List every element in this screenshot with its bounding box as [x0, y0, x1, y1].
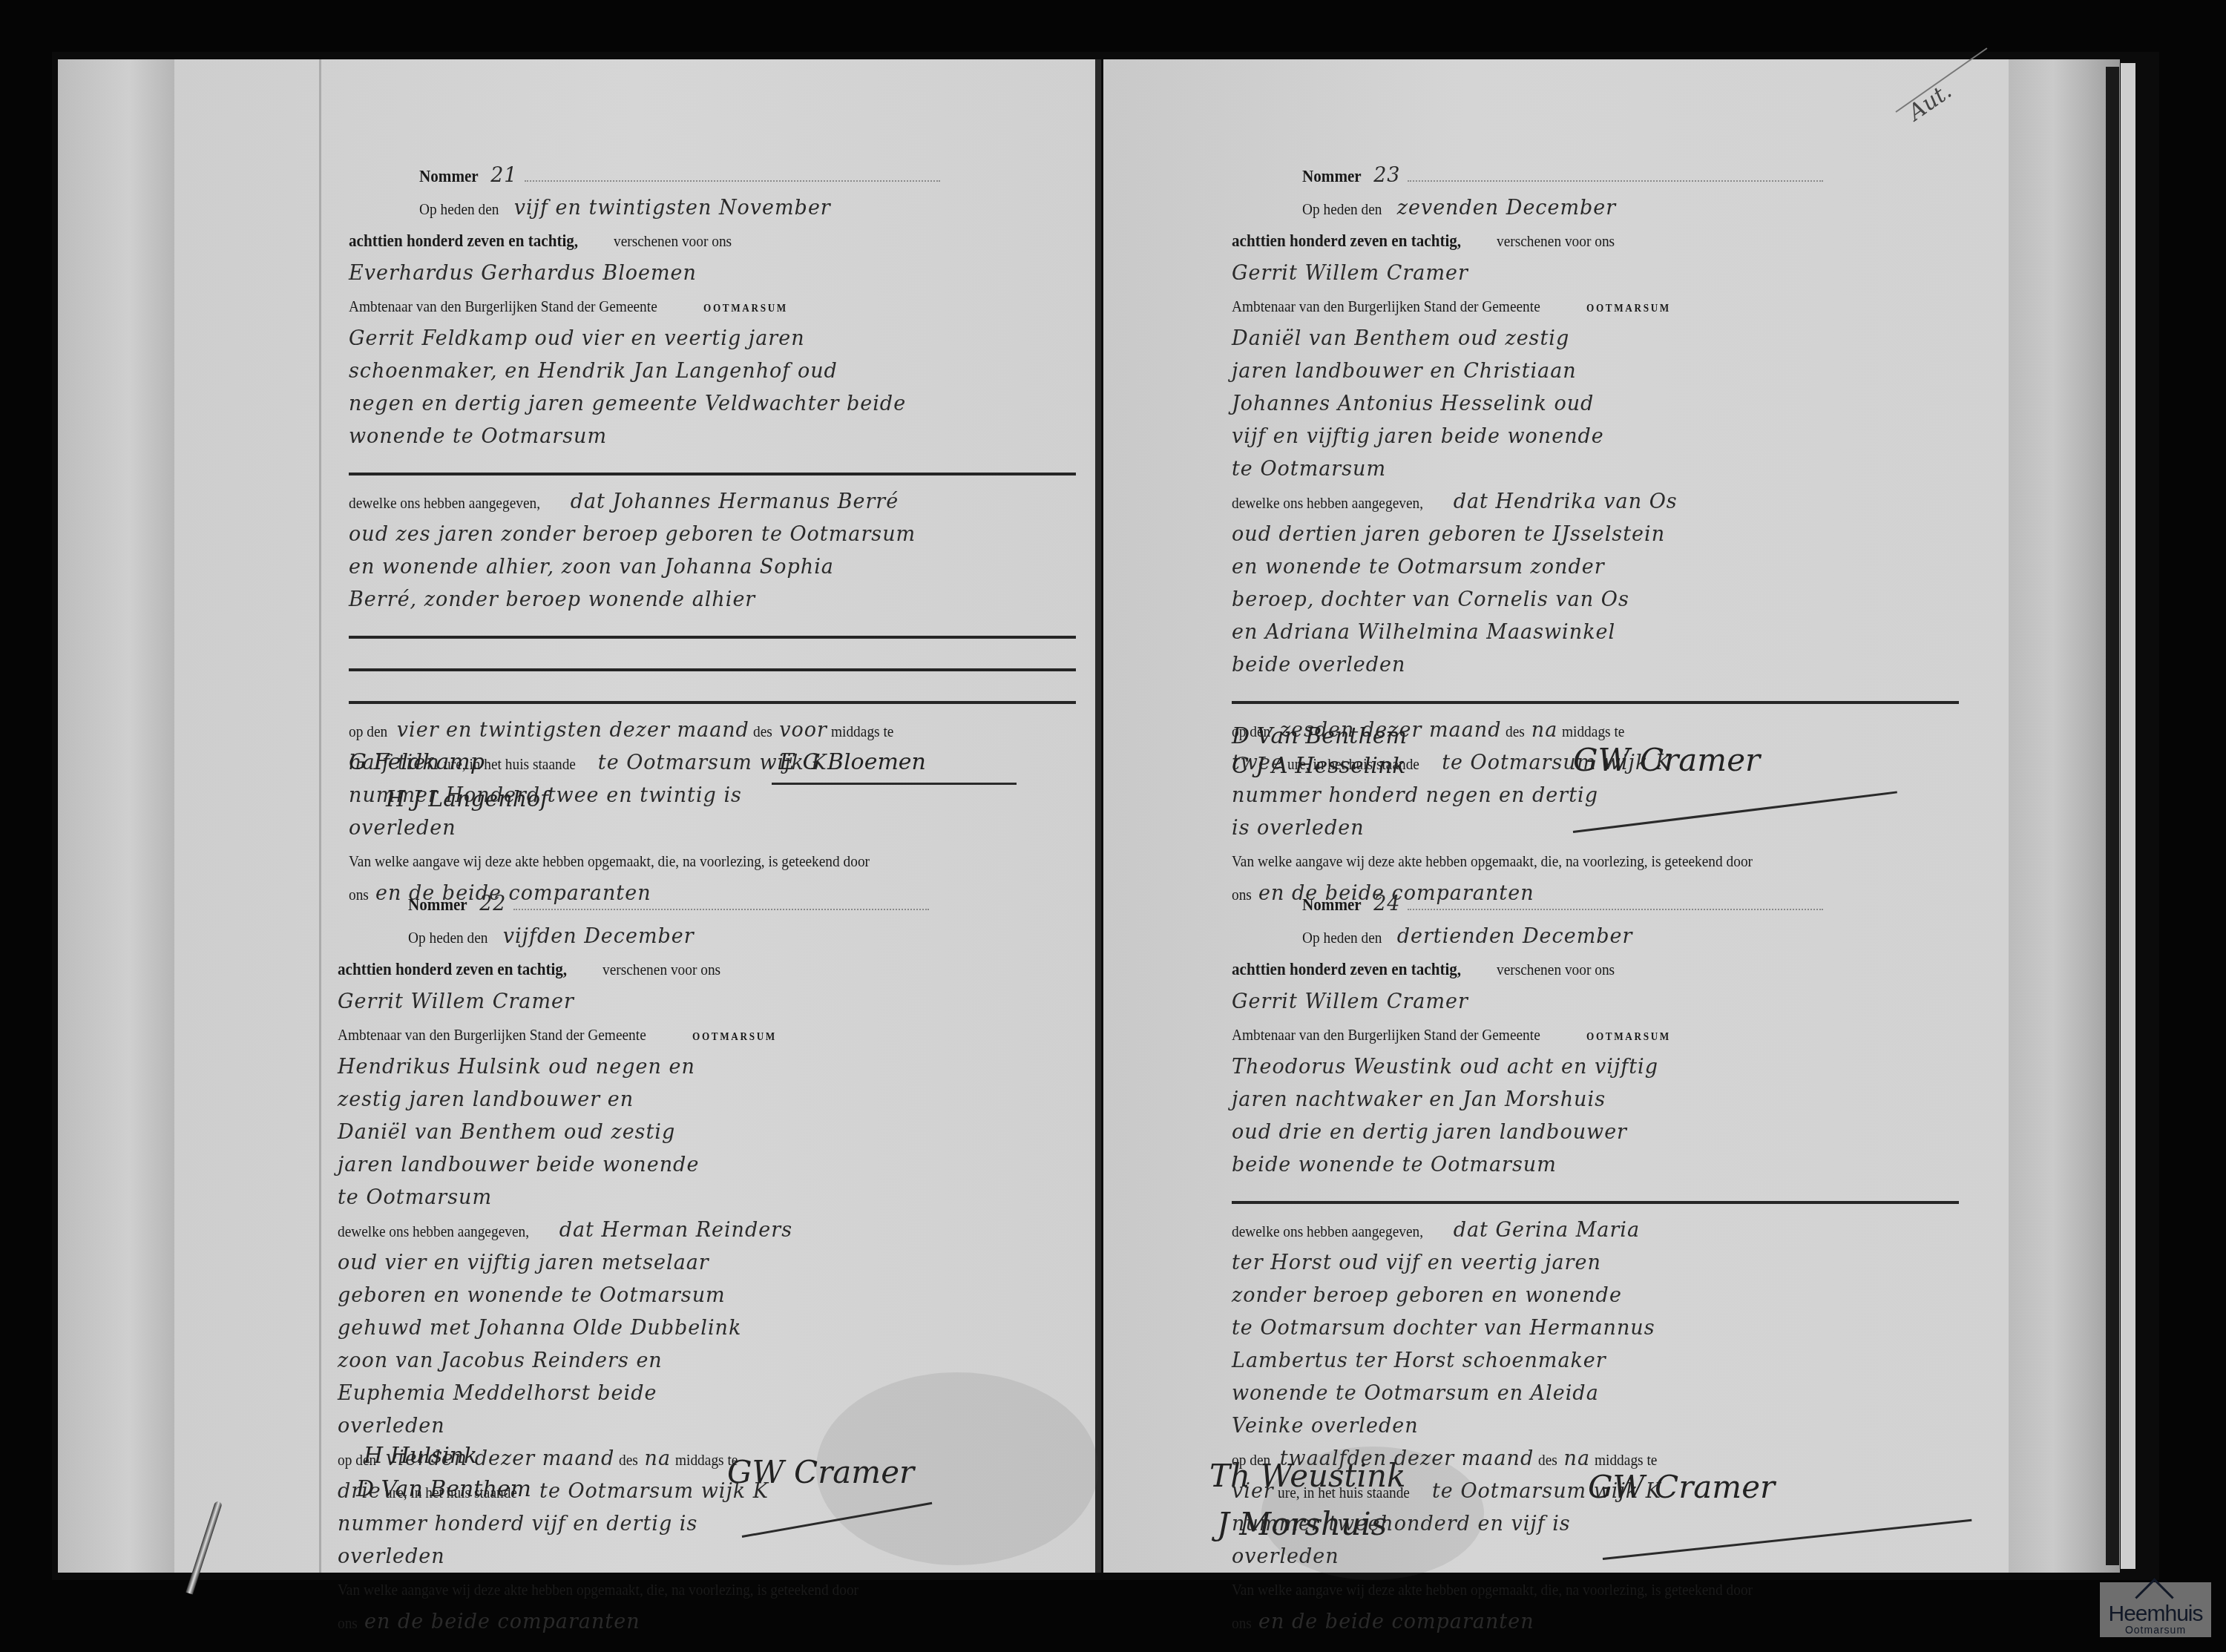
witness-line: Daniël van Benthem oud zestig [1232, 323, 1974, 355]
witness-text: zestig jaren landbouwer en [338, 1088, 634, 1111]
closing-label: Van welke aangave wij deze akte hebben o… [338, 1573, 858, 1606]
signature-official: E G Bloemen [779, 749, 926, 775]
signature-flourish [772, 783, 1017, 785]
signature-witness-1: D Van Benthem [1232, 723, 1407, 749]
witness-line: oud drie en dertig jaren landbouwer [1232, 1116, 1974, 1149]
signed-row: ons en de beide comparanten [338, 1606, 1080, 1639]
witness-line: jaren landbouwer en Christiaan [1232, 355, 1974, 388]
nommer-value: 23 [1373, 164, 1400, 187]
house-text: is overleden [1232, 817, 1365, 840]
nommer-row: Nommer 21 [349, 159, 1091, 192]
witness-line: Theodorus Weustink oud acht en vijftig [1232, 1051, 1974, 1084]
logo-place: Ootmarsum [2100, 1624, 2211, 1636]
declaration-line: beroep, dochter van Cornelis van Os [1232, 584, 1974, 616]
signature-witness-2: H J Langenhof [386, 786, 548, 812]
left-margin-line [319, 59, 321, 1573]
declaration-line: en Adriana Wilhelmina Maaswinkel [1232, 616, 1974, 649]
closing-row: Van welke aangave wij deze akte hebben o… [1232, 1573, 1974, 1606]
witness-line: vijf en vijftig jaren beide wonende [1232, 421, 1974, 453]
blank-rule [349, 682, 1091, 714]
declaration-line: ter Horst oud vijf en veertig jaren [1232, 1247, 1974, 1280]
house-text: nummer honderd vijf en dertig is [338, 1513, 697, 1536]
signature-witness-1: G Feldkamp [349, 749, 485, 775]
witness-text: beide wonende te Ootmarsum [1232, 1154, 1557, 1177]
year-label: achttien honderd zeven en tachtig, [338, 953, 567, 986]
verschenen-label: verschenen voor ons [1497, 953, 1615, 986]
op-heden-label: Op heden den [1302, 921, 1382, 954]
witness-text: Gerrit Feldkamp oud vier en veertig jare… [349, 327, 805, 350]
declaration-text: beroep, dochter van Cornelis van Os [1232, 588, 1629, 611]
declaration-line: oud vier en vijftig jaren metselaar [338, 1247, 1080, 1280]
witness-line: Gerrit Feldkamp oud vier en veertig jare… [349, 323, 1091, 355]
act-date: zevenden December [1397, 197, 1617, 220]
op-heden-label: Op heden den [1302, 193, 1382, 226]
middags-label: middags te [831, 715, 893, 748]
logo-name: Heemhuis [2100, 1602, 2211, 1627]
declaration-line: gehuwd met Johanna Olde Dubbelink [338, 1312, 1080, 1345]
declaration-text: en wonende te Ootmarsum zonder [1232, 556, 1605, 579]
witness-line: Hendrikus Hulsink oud negen en [338, 1051, 1080, 1084]
witness-text: te Ootmarsum [338, 1186, 492, 1209]
house-text: nummer honderd negen en dertig [1232, 784, 1598, 807]
signature-official: GW Cramer [1588, 1469, 1775, 1505]
witness-text: jaren nachtwaker en Jan Morshuis [1232, 1088, 1606, 1111]
declaration-text: oud dertien jaren geboren te IJsselstein [1232, 523, 1665, 546]
witness-line: jaren nachtwaker en Jan Morshuis [1232, 1084, 1974, 1116]
municipality: OOTMARSUM [692, 1021, 777, 1053]
house-text: overleden [1232, 1545, 1339, 1568]
signature-official: GW Cramer [727, 1454, 914, 1490]
act-date: vijf en twintigsten November [514, 197, 831, 220]
des-label: des [753, 715, 772, 748]
blank-rule [1232, 682, 1974, 714]
declaration-line: oud zes jaren zonder beroep geboren te O… [349, 519, 1091, 551]
nommer-value: 21 [490, 164, 517, 187]
verschenen-label: verschenen voor ons [603, 953, 720, 986]
act-date: vijfden December [503, 925, 695, 948]
year-label: achttien honderd zeven en tachtig, [1232, 953, 1461, 986]
closing-label: Van welke aangave wij deze akte hebben o… [1232, 845, 1753, 878]
official-name: Gerrit Willem Cramer [1232, 262, 1468, 285]
closing-label: Van welke aangave wij deze akte hebben o… [349, 845, 870, 878]
witness-text: Hendrikus Hulsink oud negen en [338, 1056, 695, 1079]
nommer-row: Nommer 24 [1232, 888, 1974, 921]
municipality: OOTMARSUM [1586, 1021, 1671, 1053]
witness-text: negen en dertig jaren gemeente Veldwacht… [349, 392, 906, 415]
nommer-row: Nommer 22 [338, 888, 1080, 921]
witness-text: Daniël van Benthem oud zestig [338, 1121, 675, 1144]
witness-text: Daniël van Benthem oud zestig [1232, 327, 1569, 350]
witness-text: jaren landbouwer beide wonende [338, 1154, 699, 1177]
year-row: achttien honderd zeven en tachtig, versc… [349, 225, 1091, 257]
signature-witness-2: C J A Hesselink [1232, 753, 1405, 779]
declaration-row: dewelke ons hebben aangegeven, dat Gerin… [1232, 1214, 1974, 1247]
right-page-stack [2009, 59, 2120, 1573]
am-pm: na [1531, 719, 1558, 742]
closing-row: Van welke aangave wij deze akte hebben o… [1232, 845, 1974, 878]
signature-witness-2: J Morshuis [1217, 1506, 1387, 1542]
nommer-label: Nommer [1302, 889, 1362, 921]
ambtenaar-label: Ambtenaar van den Burgerlijken Stand der… [338, 1018, 646, 1051]
am-pm: na [1564, 1447, 1591, 1470]
witness-line: te Ootmarsum [338, 1182, 1080, 1214]
house-text: overleden [349, 817, 456, 840]
am-pm: na [645, 1447, 672, 1470]
year-row: achttien honderd zeven en tachtig, versc… [1232, 225, 1974, 257]
declaration-text: dat Herman Reinders [559, 1219, 792, 1242]
witness-text: vijf en vijftig jaren beide wonende [1232, 425, 1604, 448]
op-heden-label: Op heden den [419, 193, 499, 226]
witness-text: te Ootmarsum [1232, 458, 1386, 481]
witness-line: zestig jaren landbouwer en [338, 1084, 1080, 1116]
des-label: des [1506, 715, 1525, 748]
house-text: overleden [338, 1545, 445, 1568]
declaration-line: Veinke overleden [1232, 1410, 1974, 1443]
declaration-text: gehuwd met Johanna Olde Dubbelink [338, 1317, 741, 1340]
act-date: dertienden December [1397, 925, 1633, 948]
official-row: Gerrit Willem Cramer [338, 986, 1080, 1018]
witness-line: schoenmaker, en Hendrik Jan Langenhof ou… [349, 355, 1091, 388]
binding-edge [2106, 67, 2119, 1565]
signed-by: en de beide comparanten [364, 1610, 640, 1633]
declaration-text: Veinke overleden [1232, 1415, 1419, 1438]
op-den-label: op den [349, 715, 387, 748]
declaration-text: oud zes jaren zonder beroep geboren te O… [349, 523, 916, 546]
declaration-text: Berré, zonder beroep wonende alhier [349, 588, 755, 611]
signed-by: en de beide comparanten [1258, 1610, 1534, 1633]
blank-rule [1232, 1182, 1974, 1214]
municipality: OOTMARSUM [703, 292, 788, 325]
death-day: vier en twintigsten dezer maand [397, 719, 749, 742]
declaration-line: en wonende alhier, zoon van Johanna Soph… [349, 551, 1091, 584]
declaration-line: Lambertus ter Horst schoenmaker [1232, 1345, 1974, 1378]
witness-text: oud drie en dertig jaren landbouwer [1232, 1121, 1627, 1144]
declaration-text: wonende te Ootmarsum en Aleida [1232, 1382, 1599, 1405]
op-heden-label: Op heden den [408, 921, 488, 954]
closing-label: Van welke aangave wij deze akte hebben o… [1232, 1573, 1753, 1606]
left-page-stack [58, 59, 177, 1573]
declaration-line: zoon van Jacobus Reinders en [338, 1345, 1080, 1378]
declaration-text: zonder beroep geboren en wonende [1232, 1284, 1622, 1307]
dewelke-label: dewelke ons hebben aangegeven, [349, 487, 540, 519]
date-row: Op heden den vijfden December [338, 921, 1080, 953]
dewelke-label: dewelke ons hebben aangegeven, [1232, 487, 1423, 519]
declaration-line: oud dertien jaren geboren te IJsselstein [1232, 519, 1974, 551]
official-name: Gerrit Willem Cramer [1232, 990, 1468, 1013]
declaration-text: ter Horst oud vijf en veertig jaren [1232, 1251, 1601, 1274]
house-line: overleden [349, 812, 1091, 845]
witness-line: Daniël van Benthem oud zestig [338, 1116, 1080, 1149]
des-label: des [619, 1444, 638, 1476]
official-row: Gerrit Willem Cramer [1232, 257, 1974, 290]
declaration-text: overleden [338, 1415, 445, 1438]
signature-witness-1: H Hulsink [364, 1443, 477, 1469]
declaration-text: dat Gerina Maria [1454, 1219, 1640, 1242]
declaration-text: dat Johannes Hermanus Berré [571, 490, 899, 513]
declaration-text: en Adriana Wilhelmina Maaswinkel [1232, 621, 1615, 644]
declaration-row: dewelke ons hebben aangegeven, dat Hendr… [1232, 486, 1974, 519]
ambtenaar-label: Ambtenaar van den Burgerlijken Stand der… [1232, 1018, 1540, 1051]
signature-official: GW Cramer [1573, 742, 1760, 778]
signature-witness-2: D Van Benthem [356, 1476, 531, 1502]
house-line: nummer honderd vijf en dertig is [338, 1508, 1080, 1541]
declaration-text: dat Hendrika van Os [1454, 490, 1678, 513]
closing-row: Van welke aangave wij deze akte hebben o… [338, 1573, 1080, 1606]
year-label: achttien honderd zeven en tachtig, [1232, 225, 1461, 257]
signature-witness-1: Th Weustink [1209, 1458, 1405, 1494]
official-name: Gerrit Willem Cramer [338, 990, 574, 1013]
nommer-label: Nommer [408, 889, 467, 921]
ambtenaar-label: Ambtenaar van den Burgerlijken Stand der… [349, 290, 657, 323]
declaration-text: geboren en wonende te Ootmarsum [338, 1284, 726, 1307]
outer-page-edge [2121, 63, 2135, 1569]
death-day-row: op den vier en twintigsten dezer maand d… [349, 714, 1091, 747]
ons-label: ons [338, 1607, 358, 1639]
ambtenaar-row: Ambtenaar van den Burgerlijken Stand der… [1232, 1018, 1974, 1051]
declaration-line: zonder beroep geboren en wonende [1232, 1280, 1974, 1312]
witness-text: wonende te Ootmarsum [349, 425, 607, 448]
declaration-line: en wonende te Ootmarsum zonder [1232, 551, 1974, 584]
witness-line: negen en dertig jaren gemeente Veldwacht… [349, 388, 1091, 421]
date-row: Op heden den vijf en twintigsten Novembe… [349, 192, 1091, 225]
date-row: Op heden den dertienden December [1232, 921, 1974, 953]
witness-text: Theodorus Weustink oud acht en vijftig [1232, 1056, 1658, 1079]
declaration-line: geboren en wonende te Ootmarsum [338, 1280, 1080, 1312]
declaration-text: en wonende alhier, zoon van Johanna Soph… [349, 556, 834, 579]
heemhuis-logo: Heemhuis Ootmarsum [2100, 1582, 2211, 1637]
declaration-line: overleden [338, 1410, 1080, 1443]
verschenen-label: verschenen voor ons [1497, 225, 1615, 257]
official-row: Gerrit Willem Cramer [1232, 986, 1974, 1018]
municipality: OOTMARSUM [1586, 292, 1671, 325]
nommer-label: Nommer [1302, 160, 1362, 193]
date-row: Op heden den zevenden December [1232, 192, 1974, 225]
dewelke-label: dewelke ons hebben aangegeven, [1232, 1215, 1423, 1248]
witness-text: Johannes Antonius Hesselink oud [1232, 392, 1594, 415]
witness-text: jaren landbouwer en Christiaan [1232, 360, 1577, 383]
ambtenaar-row: Ambtenaar van den Burgerlijken Stand der… [338, 1018, 1080, 1051]
declaration-row: dewelke ons hebben aangegeven, dat Johan… [349, 486, 1091, 519]
declaration-line: beide overleden [1232, 649, 1974, 682]
declaration-line: wonende te Ootmarsum en Aleida [1232, 1378, 1974, 1410]
am-pm: voor [779, 719, 827, 742]
ambtenaar-label: Ambtenaar van den Burgerlijken Stand der… [1232, 290, 1540, 323]
witness-line: jaren landbouwer beide wonende [338, 1149, 1080, 1182]
declaration-line: Berré, zonder beroep wonende alhier [349, 584, 1091, 616]
ambtenaar-row: Ambtenaar van den Burgerlijken Stand der… [349, 290, 1091, 323]
witness-text: schoenmaker, en Hendrik Jan Langenhof ou… [349, 360, 838, 383]
blank-rule [349, 649, 1091, 682]
nommer-value: 22 [479, 892, 506, 915]
declaration-text: te Ootmarsum dochter van Hermannus [1232, 1317, 1655, 1340]
ambtenaar-row: Ambtenaar van den Burgerlijken Stand der… [1232, 290, 1974, 323]
blank-rule [349, 453, 1091, 486]
ons-label: ons [1232, 1607, 1252, 1639]
declaration-text: Euphemia Meddelhorst beide [338, 1382, 657, 1405]
dewelke-label: dewelke ons hebben aangegeven, [338, 1215, 529, 1248]
declaration-text: Lambertus ter Horst schoenmaker [1232, 1349, 1606, 1372]
declaration-text: oud vier en vijftig jaren metselaar [338, 1251, 709, 1274]
official-row: Everhardus Gerhardus Bloemen [349, 257, 1091, 290]
blank-rule [349, 616, 1091, 649]
declaration-text: beide overleden [1232, 654, 1405, 677]
act-23: Nommer 23 Op heden den zevenden December… [1232, 159, 1974, 910]
declaration-line: te Ootmarsum dochter van Hermannus [1232, 1312, 1974, 1345]
declaration-text: zoon van Jacobus Reinders en [338, 1349, 663, 1372]
verschenen-label: verschenen voor ons [614, 225, 732, 257]
witness-line: Johannes Antonius Hesselink oud [1232, 388, 1974, 421]
closing-row: Van welke aangave wij deze akte hebben o… [349, 845, 1091, 878]
nommer-value: 24 [1373, 892, 1400, 915]
official-name: Everhardus Gerhardus Bloemen [349, 262, 697, 285]
act-22: Nommer 22 Op heden den vijfden December … [338, 888, 1080, 1639]
book-spine [1095, 59, 1101, 1573]
witness-line: wonende te Ootmarsum [349, 421, 1091, 453]
year-label: achttien honderd zeven en tachtig, [349, 225, 578, 257]
declaration-line: Euphemia Meddelhorst beide [338, 1378, 1080, 1410]
witness-line: te Ootmarsum [1232, 453, 1974, 486]
year-row: achttien honderd zeven en tachtig, versc… [1232, 953, 1974, 986]
signed-row: ons en de beide comparanten [1232, 1606, 1974, 1639]
nommer-label: Nommer [419, 160, 479, 193]
year-row: achttien honderd zeven en tachtig, versc… [338, 953, 1080, 986]
house-line: overleden [338, 1541, 1080, 1573]
des-label: des [1538, 1444, 1557, 1476]
witness-line: beide wonende te Ootmarsum [1232, 1149, 1974, 1182]
declaration-row: dewelke ons hebben aangegeven, dat Herma… [338, 1214, 1080, 1247]
nommer-row: Nommer 23 [1232, 159, 1974, 192]
